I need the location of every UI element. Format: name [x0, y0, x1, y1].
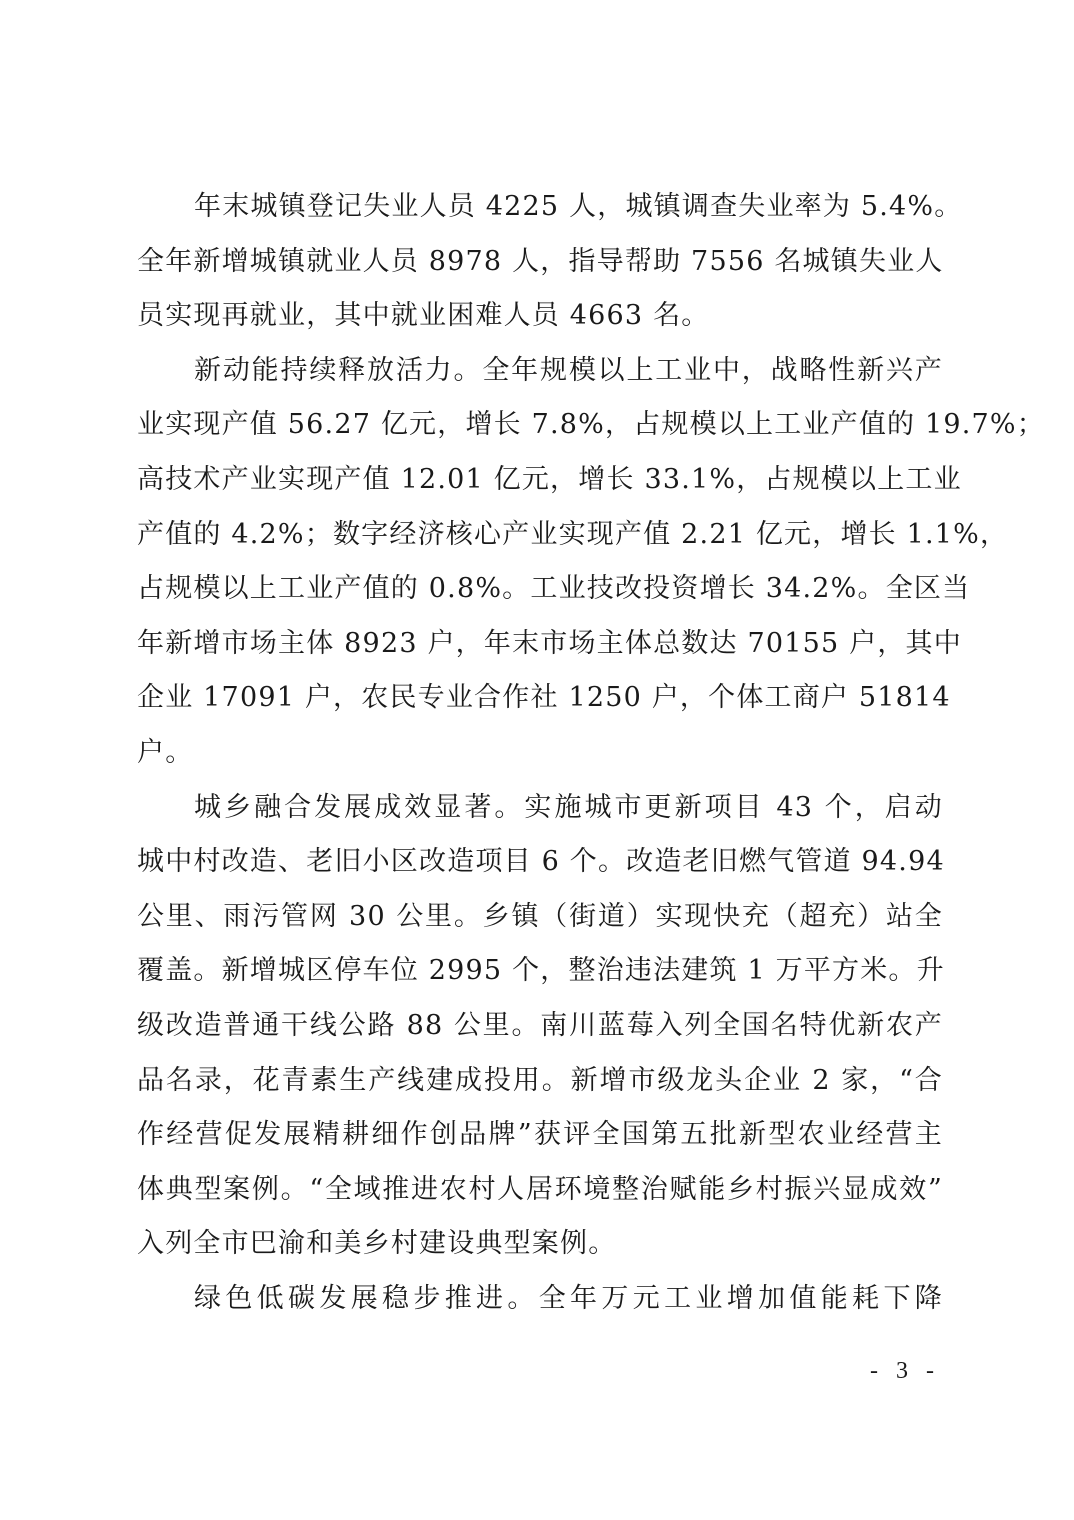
text-line: 体典型案例。“全域推进农村人居环境整治赋能乡村振兴显成效”	[137, 1163, 943, 1218]
text-line: 年新增市场主体 8923 户，年末市场主体总数达 70155 户，其中	[137, 617, 943, 672]
text-line: 年末城镇登记失业人员 4225 人，城镇调查失业率为 5.4%。	[137, 180, 943, 235]
paragraph-new-momentum: 新动能持续释放活力。全年规模以上工业中，战略性新兴产 业实现产值 56.27 亿…	[137, 344, 943, 781]
text-line: 员实现再就业，其中就业困难人员 4663 名。	[137, 289, 943, 344]
text-line: 业实现产值 56.27 亿元，增长 7.8%，占规模以上工业产值的 19.7%；	[137, 398, 943, 453]
text-line: 入列全市巴渝和美乡村建设典型案例。	[137, 1217, 943, 1272]
text-line: 城中村改造、老旧小区改造项目 6 个。改造老旧燃气管道 94.94	[137, 835, 943, 890]
paragraph-employment: 年末城镇登记失业人员 4225 人，城镇调查失业率为 5.4%。 全年新增城镇就…	[137, 180, 943, 344]
body-text: 年末城镇登记失业人员 4225 人，城镇调查失业率为 5.4%。 全年新增城镇就…	[137, 180, 943, 1326]
text-line: 户。	[137, 726, 943, 781]
page-number: - 3 -	[870, 1358, 940, 1385]
text-line: 公里、雨污管网 30 公里。乡镇（街道）实现快充（超充）站全	[137, 890, 943, 945]
text-line: 产值的 4.2%；数字经济核心产业实现产值 2.21 亿元，增长 1.1%，	[137, 508, 943, 563]
text-line: 级改造普通干线公路 88 公里。南川蓝莓入列全国名特优新农产	[137, 999, 943, 1054]
text-line: 覆盖。新增城区停车位 2995 个，整治违法建筑 1 万平方米。升	[137, 944, 943, 999]
paragraph-urban-rural: 城乡融合发展成效显著。实施城市更新项目 43 个，启动 城中村改造、老旧小区改造…	[137, 781, 943, 1272]
text-line: 占规模以上工业产值的 0.8%。工业技改投资增长 34.2%。全区当	[137, 562, 943, 617]
text-line: 作经营促发展精耕细作创品牌”获评全国第五批新型农业经营主	[137, 1108, 943, 1163]
text-line: 品名录，花青素生产线建成投用。新增市级龙头企业 2 家，“合	[137, 1054, 943, 1109]
text-line: 全年新增城镇就业人员 8978 人，指导帮助 7556 名城镇失业人	[137, 235, 943, 290]
text-line: 企业 17091 户，农民专业合作社 1250 户，个体工商户 51814	[137, 671, 943, 726]
text-line: 高技术产业实现产值 12.01 亿元，增长 33.1%，占规模以上工业	[137, 453, 943, 508]
document-page: 年末城镇登记失业人员 4225 人，城镇调查失业率为 5.4%。 全年新增城镇就…	[0, 0, 1074, 1520]
text-line: 新动能持续释放活力。全年规模以上工业中，战略性新兴产	[137, 344, 943, 399]
text-line: 城乡融合发展成效显著。实施城市更新项目 43 个，启动	[137, 781, 943, 836]
paragraph-green-development: 绿色低碳发展稳步推进。全年万元工业增加值能耗下降	[137, 1272, 943, 1327]
text-line: 绿色低碳发展稳步推进。全年万元工业增加值能耗下降	[137, 1272, 943, 1327]
